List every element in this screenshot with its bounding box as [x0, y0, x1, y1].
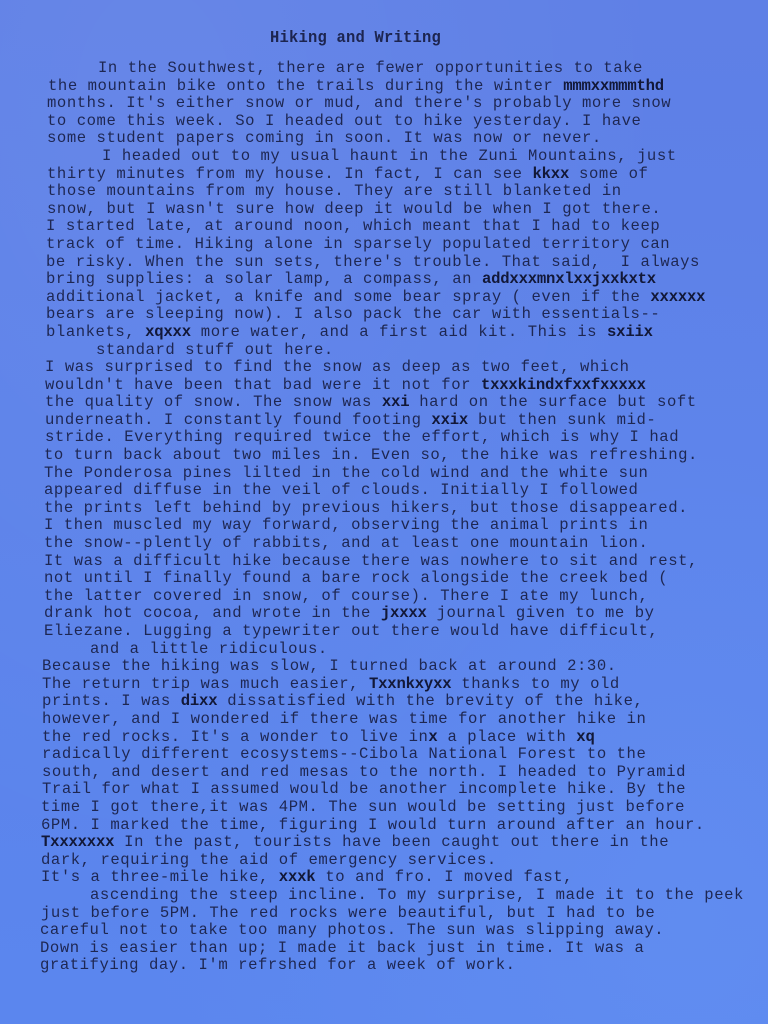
text-segment: snow, but I wasn't sure how deep it woul…: [47, 200, 661, 218]
struck-out-text: kkxx: [532, 165, 569, 183]
text-segment: south, and desert and red mesas to the n…: [42, 763, 686, 781]
struck-out-text: xxi: [382, 393, 409, 411]
text-segment: some student papers coming in soon. It w…: [47, 129, 602, 147]
text-line: Eliezane. Lugging a typewriter out there…: [44, 623, 766, 641]
text-segment: additional jacket, a knife and some bear…: [46, 288, 650, 306]
text-line: careful not to take too many photos. The…: [40, 922, 766, 940]
text-segment: prints. I was: [42, 692, 181, 710]
text-line: however, and I wondered if there was tim…: [42, 711, 766, 729]
text-segment: months. It's either snow or mud, and the…: [47, 94, 671, 112]
text-segment: In the Southwest, there are fewer opport…: [98, 59, 643, 77]
text-segment: radically different ecosystems--Cibola N…: [42, 745, 646, 763]
text-segment: I headed out to my usual haunt in the Zu…: [102, 147, 677, 165]
text-line: the quality of snow. The snow was xxi ha…: [45, 394, 766, 412]
text-line: additional jacket, a knife and some bear…: [46, 289, 766, 307]
text-segment: be risky. When the sun sets, there's tro…: [46, 253, 700, 271]
text-segment: to turn back about two miles in. Even so…: [44, 446, 698, 464]
struck-out-text: mmmxxmmmthd: [563, 77, 664, 95]
text-segment: the latter covered in snow, of course). …: [44, 587, 648, 605]
text-line: Because the hiking was slow, I turned ba…: [42, 658, 766, 676]
text-line: the red rocks. It's a wonder to live inx…: [42, 729, 766, 747]
document-title: Hiking and Writing: [270, 29, 441, 48]
text-line: Down is easier than up; I made it back j…: [40, 940, 766, 958]
text-segment: drank hot cocoa, and wrote in the: [44, 604, 381, 622]
text-segment: The Ponderosa pines lilted in the cold w…: [44, 464, 648, 482]
text-segment: some of: [569, 165, 648, 183]
struck-out-text: Txxnkxyxx: [369, 675, 451, 693]
text-line: appeared diffuse in the veil of clouds. …: [44, 482, 766, 500]
text-segment: 6PM. I marked the time, figuring I would…: [41, 816, 705, 834]
text-line: blankets, xqxxx more water, and a first …: [46, 324, 766, 342]
text-segment: The return trip was much easier,: [42, 675, 369, 693]
text-line: stride. Everything required twice the ef…: [45, 429, 766, 447]
text-segment: gratifying day. I'm refrshed for a week …: [40, 956, 516, 974]
text-line: the mountain bike onto the trails during…: [48, 78, 766, 96]
struck-out-text: txxxkindxfxxfxxxxx: [481, 376, 646, 394]
text-line: months. It's either snow or mud, and the…: [47, 95, 766, 113]
text-line: bring supplies: a solar lamp, a compass,…: [46, 271, 766, 289]
text-line: Txxxxxxx In the past, tourists have been…: [41, 834, 766, 852]
struck-out-text: addxxxmnxlxxjxxkxtx: [482, 270, 656, 288]
text-line: I headed out to my usual haunt in the Zu…: [102, 148, 766, 166]
text-segment: hard on the surface but soft: [409, 393, 696, 411]
text-line: track of time. Hiking alone in sparsely …: [46, 236, 766, 254]
text-segment: more water, and a first aid kit. This is: [191, 323, 607, 341]
text-segment: stride. Everything required twice the ef…: [45, 428, 679, 446]
text-line: some student papers coming in soon. It w…: [47, 130, 766, 148]
text-line: to turn back about two miles in. Even so…: [44, 447, 766, 465]
struck-out-text: xxxk: [279, 868, 316, 886]
text-line: The return trip was much easier, Txxnkxy…: [42, 676, 766, 694]
text-line: radically different ecosystems--Cibola N…: [42, 746, 766, 764]
text-line: 6PM. I marked the time, figuring I would…: [41, 817, 766, 835]
text-segment: blankets,: [46, 323, 145, 341]
text-line: the snow--plently of rabbits, and at lea…: [44, 535, 766, 553]
text-segment: the prints left behind by previous hiker…: [44, 499, 688, 517]
struck-out-text: xxix: [431, 411, 468, 429]
text-segment: bring supplies: a solar lamp, a compass,…: [46, 270, 482, 288]
document-body: In the Southwest, there are fewer opport…: [46, 60, 766, 975]
text-line: gratifying day. I'm refrshed for a week …: [40, 957, 766, 975]
text-segment: the snow--plently of rabbits, and at lea…: [44, 534, 648, 552]
text-segment: careful not to take too many photos. The…: [40, 921, 664, 939]
text-line: and a little ridiculous.: [90, 641, 766, 659]
text-segment: thirty minutes from my house. In fact, I…: [47, 165, 532, 183]
struck-out-text: Txxxxxxx: [41, 833, 114, 851]
text-line: the prints left behind by previous hiker…: [44, 500, 766, 518]
text-segment: It was a difficult hike because there wa…: [44, 552, 698, 570]
text-line: In the Southwest, there are fewer opport…: [98, 60, 766, 78]
struck-out-text: xxxxxx: [650, 288, 705, 306]
text-segment: and a little ridiculous.: [90, 640, 328, 658]
text-segment: Because the hiking was slow, I turned ba…: [42, 657, 617, 675]
struck-out-text: dixx: [181, 692, 218, 710]
text-segment: the mountain bike onto the trails during…: [48, 77, 563, 95]
text-line: The Ponderosa pines lilted in the cold w…: [44, 465, 766, 483]
text-line: I was surprised to find the snow as deep…: [45, 359, 766, 377]
text-line: prints. I was dixx dissatisfied with the…: [42, 693, 766, 711]
text-line: to come this week. So I headed out to hi…: [47, 113, 766, 131]
text-line: underneath. I constantly found footing x…: [45, 412, 766, 430]
text-line: I started late, at around noon, which me…: [46, 218, 766, 236]
text-line: It was a difficult hike because there wa…: [44, 553, 766, 571]
text-line: ascending the steep incline. To my surpr…: [90, 887, 766, 905]
text-line: I then muscled my way forward, observing…: [44, 517, 766, 535]
text-line: bears are sleeping now). I also pack the…: [46, 306, 766, 324]
text-segment: journal given to me by: [427, 604, 655, 622]
struck-out-text: sxiix: [607, 323, 653, 341]
typewritten-page: Hiking and Writing In the Southwest, the…: [0, 0, 768, 1024]
text-segment: I then muscled my way forward, observing…: [44, 516, 648, 534]
struck-out-text: x: [428, 728, 437, 746]
text-line: time I got there,it was 4PM. The sun wou…: [41, 799, 766, 817]
text-segment: the quality of snow. The snow was: [45, 393, 382, 411]
text-segment: to come this week. So I headed out to hi…: [47, 112, 641, 130]
text-line: snow, but I wasn't sure how deep it woul…: [47, 201, 766, 219]
text-segment: wouldn't have been that bad were it not …: [45, 376, 481, 394]
text-segment: but then sunk mid-: [468, 411, 656, 429]
text-line: It's a three-mile hike, xxxk to and fro.…: [41, 869, 766, 887]
text-segment: It's a three-mile hike,: [41, 868, 279, 886]
text-segment: standard stuff out here.: [96, 341, 334, 359]
text-segment: I started late, at around noon, which me…: [46, 217, 660, 235]
text-line: drank hot cocoa, and wrote in the jxxxx …: [44, 605, 766, 623]
text-segment: Down is easier than up; I made it back j…: [40, 939, 644, 957]
text-segment: thanks to my old: [451, 675, 619, 693]
text-segment: ascending the steep incline. To my surpr…: [90, 886, 744, 904]
text-segment: those mountains from my house. They are …: [47, 182, 622, 200]
text-segment: a place with: [438, 728, 577, 746]
text-segment: bears are sleeping now). I also pack the…: [46, 305, 660, 323]
text-line: be risky. When the sun sets, there's tro…: [46, 254, 766, 272]
text-segment: Eliezane. Lugging a typewriter out there…: [44, 622, 658, 640]
text-line: the latter covered in snow, of course). …: [44, 588, 766, 606]
text-line: thirty minutes from my house. In fact, I…: [47, 166, 766, 184]
text-segment: track of time. Hiking alone in sparsely …: [46, 235, 670, 253]
text-segment: however, and I wondered if there was tim…: [42, 710, 646, 728]
text-line: not until I finally found a bare rock al…: [44, 570, 766, 588]
struck-out-text: xqxxx: [145, 323, 191, 341]
text-segment: Trail for what I assumed would be anothe…: [42, 780, 686, 798]
text-line: just before 5PM. The red rocks were beau…: [41, 905, 766, 923]
text-segment: appeared diffuse in the veil of clouds. …: [44, 481, 638, 499]
text-segment: not until I finally found a bare rock al…: [44, 569, 668, 587]
text-line: dark, requiring the aid of emergency ser…: [41, 852, 766, 870]
text-line: wouldn't have been that bad were it not …: [45, 377, 766, 395]
text-line: those mountains from my house. They are …: [47, 183, 766, 201]
text-line: south, and desert and red mesas to the n…: [42, 764, 766, 782]
text-segment: underneath. I constantly found footing: [45, 411, 431, 429]
text-segment: dissatisfied with the brevity of the hik…: [217, 692, 643, 710]
text-segment: just before 5PM. The red rocks were beau…: [41, 904, 655, 922]
text-line: standard stuff out here.: [96, 342, 766, 360]
struck-out-text: xq: [576, 728, 594, 746]
text-segment: to and fro. I moved fast,: [315, 868, 573, 886]
text-segment: the red rocks. It's a wonder to live in: [42, 728, 428, 746]
text-segment: I was surprised to find the snow as deep…: [45, 358, 630, 376]
text-segment: dark, requiring the aid of emergency ser…: [41, 851, 497, 869]
text-line: Trail for what I assumed would be anothe…: [42, 781, 766, 799]
struck-out-text: jxxxx: [381, 604, 427, 622]
text-segment: time I got there,it was 4PM. The sun wou…: [41, 798, 685, 816]
text-segment: In the past, tourists have been caught o…: [114, 833, 669, 851]
